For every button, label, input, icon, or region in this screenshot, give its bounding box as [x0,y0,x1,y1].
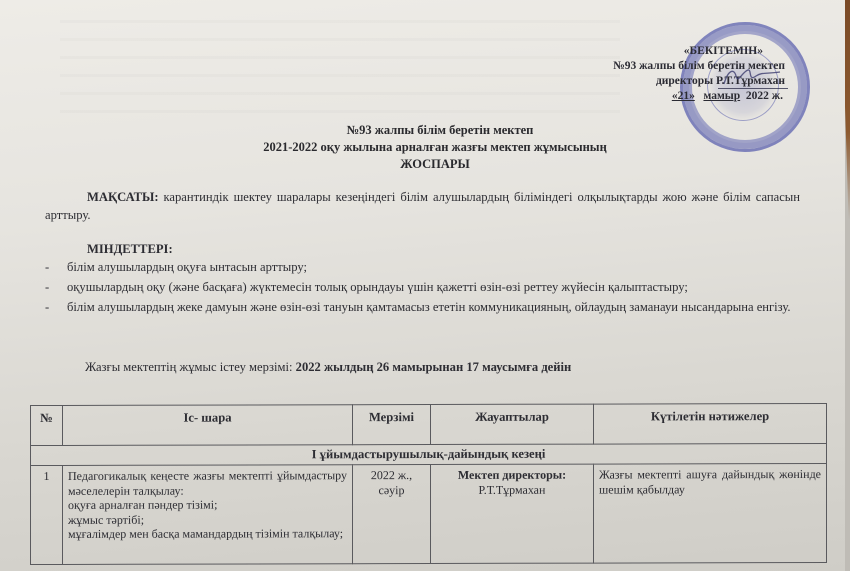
cell-event: Педагогикалық кеңесте жазғы мектепті ұйы… [63,465,353,565]
cell-responsible: Мектеп директоры: Р.Т.Тұрмахан [431,464,594,563]
header-results: Күтілетін нәтижелер [594,403,827,444]
event-line: мұғалімдер мен басқа мамандардың тізімін… [68,526,347,541]
document-title-plan: ЖОСПАРЫ [10,156,850,173]
signature [718,62,788,89]
task-item: -оқушылардың оқу (және басқаға) жүктемес… [45,278,805,297]
approval-month: мамыр [703,90,740,102]
cell-number: 1 [31,465,63,564]
cell-result: Жазғы мектепті ашуға дайындық жөнінде ше… [594,463,827,563]
dash-bullet-icon: - [45,278,49,297]
tasks-heading: МІНДЕТТЕРІ: [87,240,173,258]
table-header-row: № Іс- шара Мерзімі Жауаптылар Күтілетін … [31,403,827,445]
header-event: Іс- шара [63,405,353,446]
approval-heading: «БЕКІТЕМІН» [595,44,785,59]
goal-label: МАҚСАТЫ: [87,190,159,204]
period-label: Жазғы мектептің жұмыс істеу мерзімі: [85,360,296,374]
date-line: сәуір [358,483,425,498]
header-number: № [31,405,63,445]
event-line: оқуға арналған пәндер тізімі; [68,497,347,512]
task-text: білім алушылардың жеке дамуын және өзін-… [67,300,791,314]
date-line: 2022 ж., [358,468,425,483]
cell-date: 2022 ж., сәуір [353,464,431,563]
goal-paragraph: МАҚСАТЫ: карантиндік шектеу шаралары кез… [45,188,800,224]
signature-icon [718,62,788,88]
document-title-year: 2021-2022 оқу жылына арналған жазғы мект… [10,139,850,156]
task-item: -білім алушылардың жеке дамуын және өзін… [45,298,805,317]
approval-day: «21» [672,90,695,102]
event-line: жұмыс тәртібі; [68,512,347,527]
task-text: оқушылардың оқу (және басқаға) жүктемесі… [67,280,688,294]
table-row: 1 Педагогикалық кеңесте жазғы мектепті ұ… [31,463,827,564]
show-through-text [60,20,620,120]
task-item: -білім алушылардың оқуға ынтасын арттыру… [45,258,805,277]
dash-bullet-icon: - [45,298,49,317]
tasks-list: -білім алушылардың оқуға ынтасын арттыру… [45,258,805,318]
plan-table: № Іс- шара Мерзімі Жауаптылар Күтілетін … [30,403,827,565]
document-page: «БЕКІТЕМІН» №93 жалпы білім беретін мект… [0,0,845,571]
responsible-name: Р.Т.Тұрмахан [479,482,546,496]
document-title-school: №93 жалпы білім беретін мектеп [15,122,850,139]
period-value: 2022 жылдың 26 мамырынан 17 маусымға дей… [296,360,572,374]
work-period: Жазғы мектептің жұмыс істеу мерзімі: 202… [85,358,571,376]
section-row: І ұйымдастырушылық-дайындық кезеңі [31,443,827,465]
goal-text: карантиндік шектеу шаралары кезеңіндегі … [45,190,800,222]
dash-bullet-icon: - [45,258,49,277]
approval-year: 2022 ж. [746,90,783,102]
header-responsible: Жауаптылар [431,404,594,444]
section-title: І ұйымдастырушылық-дайындық кезеңі [31,443,827,465]
event-line: Педагогикалық кеңесте жазғы мектепті ұйы… [68,468,347,498]
approval-date: «21» мамыр 2022 ж. [595,89,785,104]
responsible-role: Мектеп директоры: [436,468,588,483]
header-date: Мерзімі [353,404,431,444]
task-text: білім алушылардың оқуға ынтасын арттыру; [67,260,307,274]
